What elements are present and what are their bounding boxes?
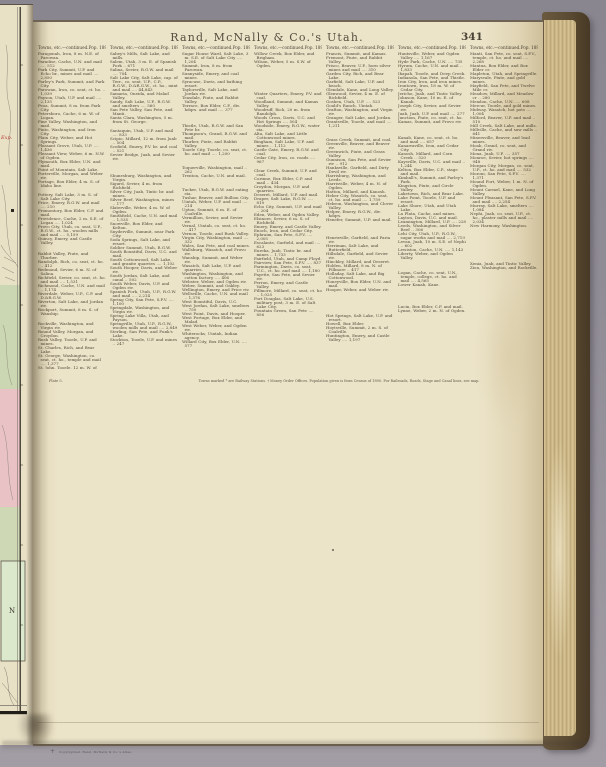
entry-block: Winter Quarters, Emery, P.V. and coal.Wo… [254,92,322,164]
index-entry: Henefer, Summit, U.P. and mail. [326,218,394,222]
collection-caption: + Copyrighted. Rand, McNally & Co.'s Atl… [50,749,132,755]
map-label-n: N [9,607,15,615]
paragraph-gap [326,222,394,236]
column-header-right: Pop. 1890 [161,45,178,50]
entry-block: Rockville, Washington, and Virgin riv.Ro… [38,322,106,370]
paragraph-gap [326,128,394,138]
page-crease-line [37,722,539,723]
index-entry: Trenton, Cache, U.N. and mail. [182,174,250,178]
index-entry: Park City, Summit, U.P. and Echo br., mi… [38,68,106,80]
column-header-left: Towns, etc.—continued. [398,45,449,50]
index-entry: Lynne, Weber, 2 m. N. of Ogden. [398,309,466,313]
entry-block: Santaquin, Utah, U.P. and mail .... 833S… [110,129,178,161]
scanned-atlas-page: Exp. N Rand, McNally & Co.'s Utah. 341 T… [0,0,606,767]
index-entry: Quincy, Emery, and Castle Valley. [38,237,106,245]
plate-label: Plate 5. [49,379,63,383]
entry-block: Huntsville, Weber, and Ogden Valley ....… [398,52,466,124]
index-entry: Rockport, Summit, 6 m. S. of Wanship. [38,308,106,316]
paragraph-gap [398,287,466,305]
entry-block: Pottery, Salt Lake, 3 m. S. of Salt Lake… [38,193,106,245]
column-header: Towns, etc.—continued.Pop. 1890 [398,45,466,50]
index-column: Towns, etc.—continued.Pop. 1890Paragonah… [38,45,106,369]
column-header-left: Towns, etc.—continued. [254,45,305,50]
index-entry: Huntington, Emery, and Castle Valley ...… [326,334,394,342]
column-header-right: Pop. 1890 [305,45,322,50]
column-header-left: Towns, etc.—continued. [470,45,521,50]
column-header: Towns, etc.—continued.Pop. 1890 [182,45,250,50]
index-column: Towns, etc.—continued.Pop. 1890Huntsvill… [398,45,466,369]
paragraph-gap [326,292,394,314]
fore-edge-highlight [546,440,572,660]
entry-block: Thistle, Utah, R.G.W. and San Pete br.Th… [182,124,250,156]
index-column: Towns, etc.—continued.Pop. 1890Francis, … [326,45,394,369]
entry-block: Shunesburg, Washington, and Virgin.Sigur… [110,174,178,346]
index-entry: Cedar City, Iron, co. roads .... 967 [254,156,322,164]
index-entry: Salt Lake City, Salt Lake, cap. of Terr.… [110,76,178,92]
column-header: Towns, etc.—continued.Pop. 1890 [326,45,394,50]
column-header-right: Pop. 1890 [377,45,394,50]
entry-block: Xenia, Juab, and Tintic Valley.Zion, Was… [470,262,538,270]
column-header: Towns, etc.—continued.Pop. 1890 [110,45,178,50]
entry-block: Paragonah, Iron, 8 m. N.E. of Parowan.Pa… [38,52,106,188]
index-column: Towns, etc.—continued.Pop. 1890Willow Cr… [254,45,322,369]
entry-block: Clear Creek, Summit, U.P. and coal.Corin… [254,169,322,317]
paragraph-gap [182,156,250,166]
column-header: Towns, etc.—continued.Pop. 1890 [38,45,106,50]
column-header: Towns, etc.—continued.Pop. 1890 [470,45,538,50]
paragraph-gap [182,112,250,124]
column-header: Towns, etc.—continued.Pop. 1890 [254,45,322,50]
column-header-left: Towns, etc.—continued. [326,45,377,50]
paragraph-gap [398,260,466,271]
column-header-right: Pop. 1890 [89,45,106,50]
index-entry: Logan, Cache, co. seat, U.N., temple, co… [398,271,466,283]
entry-block: Henrieville, Garfield, and Paria riv.Her… [326,236,394,292]
page-title: Rand, McNally & Co.'s Utah. [170,31,364,44]
index-column: Towns, etc.—continued.Pop. 1890Manti, Sa… [470,45,538,369]
index-column: Towns, etc.—continued.Pop. 1890Sugar Hou… [182,45,250,369]
paragraph-gap [254,68,322,92]
index-entry: Provo City, Utah, co. seat, U.P., R.G.W.… [38,225,106,237]
map-page-edge-shadow [26,5,33,745]
caption-text: Copyrighted. Rand, McNally & Co.'s Atlas… [59,750,132,754]
map-stream-branches [1,245,18,281]
entry-block: Logan, Cache, co. seat, U.N., temple, co… [398,271,466,287]
adjacent-map-page: Exp. N [0,4,33,745]
entry-block: Kanab, Kane, co. seat, ct. ho. and mail … [398,136,466,260]
index-entry: Wilson, Weber, 5 m. S.W. of Ogden. [254,60,322,68]
paragraph-gap [398,124,466,136]
entry-block: Rabbit Valley, Piute, and Thurber.Randol… [38,252,106,316]
entry-block: Sabey's Mills, Salt Lake, and mills.Sale… [110,52,178,124]
map-road-line [2,185,11,255]
plus-mark-icon: + [50,749,55,755]
entry-block: Manti, San Pete, co. seat, S.P.V., templ… [470,52,538,228]
index-entry: Zion, Washington, and Rockville. [470,266,538,270]
entry-block: Lucin, Box Elder, C.P. and mail.Lynne, W… [398,305,466,313]
index-entry: St. George, Washington, co. seat, ct. ho… [38,354,106,366]
index-columns: Towns, etc.—continued.Pop. 1890Paragonah… [33,45,543,385]
index-entry: St. John, Tooele, 12 m. W. of Stockton. [38,366,106,370]
index-entry: Terrace, Box Elder, C.P., div. hdqrs. an… [182,104,250,112]
footer-note: Towns marked * are Railway Stations. † M… [181,379,497,383]
column-header-right: Pop. 1890 [233,45,250,50]
map-bottom-roads [2,667,18,705]
entry-block: Francis, Summit, and Kamas.Fremont, Piut… [326,52,394,128]
index-entry: Sugar House Ward, Salt Lake, 3 m. S.E. o… [182,52,250,64]
index-entry: Manti, San Pete, co. seat, S.P.V., templ… [470,52,538,64]
index-column: Towns, etc.—continued.Pop. 1890Sabey's M… [110,45,178,369]
index-entry: Sevier Bridge, Juab, and Sevier riv. [110,153,178,161]
index-entry: Grantsville, Tooele, and mail .... 1,211 [326,120,394,128]
index-page: Rand, McNally & Co.'s Utah. 341 Towns, e… [33,20,543,746]
index-entry: Nephi, Juab, co. seat, U.P., ct. ho., pl… [470,212,538,224]
map-region-green [0,285,20,389]
index-entry: Fort Douglas, Salt Lake, U.S. military p… [254,297,322,309]
entry-block: Sugar House Ward, Salt Lake, 3 m. S.E. o… [182,52,250,112]
map-town-symbol [11,209,14,212]
entry-block: Hot Springs, Salt Lake, U.P. and resort.… [326,314,394,342]
page-number: 341 [461,31,483,43]
column-header-left: Towns, etc.—continued. [110,45,161,50]
map-region-pink [0,389,20,507]
map-label-exp: Exp. [0,135,13,141]
index-entry: Santa Clara, Washington, 5 m. from St. G… [110,116,178,124]
column-header-right: Pop. 1890 [449,45,466,50]
index-entry: Stockton, Tooele, U.P. and mines .. 247 [110,338,178,346]
entry-block: Willow Creek, Box Elder, and Brigham.Wil… [254,52,322,68]
index-entry: Fountain Green, San Pete .... 856 [254,309,322,317]
paper-speck [332,549,334,551]
map-river-line [6,45,11,165]
index-entry: Liberty, Weber, and Ogden Valley. [398,252,466,260]
index-entry: Portage, Box Elder, 4 m. S. of Idaho lin… [38,180,106,188]
map-bottom-border-inner [0,705,27,706]
entry-block: Tucker, Utah, R.G.W. and eating sta.Tush… [182,188,250,348]
index-entry: Hooper, Weber, and Weber riv. [326,288,394,292]
paragraph-gap [182,178,250,188]
index-entry: Kamas, Summit, and Provo riv. [398,120,466,124]
entry-block: Toquerville, Washington, mail .. 262Tren… [182,166,250,178]
column-header-right: Pop. 1890 [521,45,538,50]
paragraph-gap [110,161,178,174]
index-entry: Tooele City, Tooele, co. seat, ct. ho. a… [182,148,250,156]
entry-block: Grass Creek, Summit, and coal.Greenville… [326,138,394,222]
column-header-left: Towns, etc.—continued. [38,45,89,50]
index-entry: Willard City, Box Elder, U.N. .... 577 [182,340,250,348]
column-header-left: Towns, etc.—continued. [182,45,233,50]
paragraph-gap [470,228,538,262]
map-region-green-lower [0,507,20,561]
